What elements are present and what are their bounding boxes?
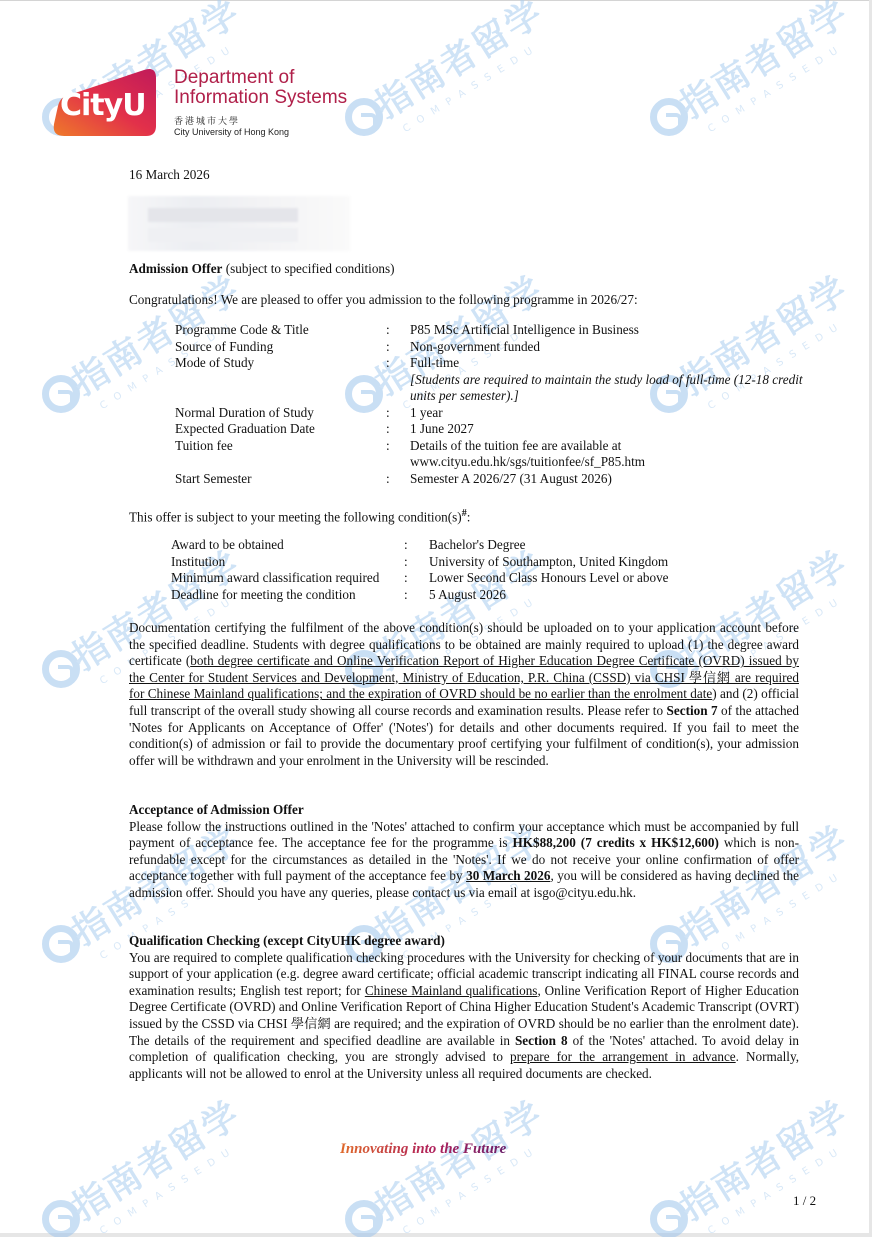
acceptance-fee: HK$88,200 (7 credits x HK$12,600) xyxy=(512,835,718,850)
contact-email-link[interactable]: isgo@cityu.edu.hk xyxy=(533,885,632,900)
programme-value: Full-time[Students are required to maint… xyxy=(410,355,810,405)
programme-details: Programme Code & Title:P85 MSc Artificia… xyxy=(175,322,810,487)
programme-note: [Students are required to maintain the s… xyxy=(410,372,810,405)
condition-label: Award to be obtained xyxy=(171,537,404,554)
programme-label: Programme Code & Title xyxy=(175,322,386,339)
programme-value: 1 June 2027 xyxy=(410,421,810,438)
programme-value-text: Details of the tuition fee are available… xyxy=(410,438,810,455)
university-name-en: City University of Hong Kong xyxy=(174,127,289,137)
conditions-table: Award to be obtained:Bachelor's DegreeIn… xyxy=(171,537,669,603)
condition-value-text: Bachelor's Degree xyxy=(429,537,525,554)
programme-value-text: Semester A 2026/27 (31 August 2026) xyxy=(410,471,810,488)
doc-section-ref: Section 7 xyxy=(667,703,718,718)
programme-label: Normal Duration of Study xyxy=(175,405,386,422)
letter-date: 16 March 2026 xyxy=(129,167,210,184)
separator-colon: : xyxy=(386,471,410,488)
programme-row: Programme Code & Title:P85 MSc Artificia… xyxy=(175,322,810,339)
qual-underlined-2: prepare for the arrangement in advance xyxy=(510,1049,736,1064)
offer-title: Admission Offer (subject to specified co… xyxy=(129,261,395,278)
programme-row: Expected Graduation Date:1 June 2027 xyxy=(175,421,810,438)
condition-label: Institution xyxy=(171,554,404,571)
conditions-intro-text: This offer is subject to your meeting th… xyxy=(129,509,462,524)
watermark-icon xyxy=(42,650,80,688)
tuition-fee-url[interactable]: www.cityu.edu.hk/sgs/tuitionfee/sf_P85.h… xyxy=(410,454,810,471)
watermark-text-cn: 指南者留学 xyxy=(364,1087,552,1231)
separator-colon: : xyxy=(404,554,429,571)
condition-value-text: University of Southampton, United Kingdo… xyxy=(429,554,668,571)
acceptance-deadline: 30 March 2026 xyxy=(466,868,550,883)
programme-value-text: 1 June 2027 xyxy=(410,421,810,438)
condition-row: Institution:University of Southampton, U… xyxy=(171,554,669,571)
condition-value: Bachelor's Degree xyxy=(429,537,525,554)
watermark-icon xyxy=(42,375,80,413)
qualification-section: Qualification Checking (except CityUHK d… xyxy=(129,933,799,1082)
programme-value-text: Non-government funded xyxy=(410,339,810,356)
acceptance-text-4: . xyxy=(633,885,636,900)
programme-row: Mode of Study:Full-time[Students are req… xyxy=(175,355,810,405)
programme-value-text: P85 MSc Artificial Intelligence in Busin… xyxy=(410,322,810,339)
watermark-text-cn: 指南者留学 xyxy=(669,1087,857,1231)
watermark-text-en: COMPASSEDU xyxy=(401,41,542,135)
programme-label: Start Semester xyxy=(175,471,386,488)
separator-colon: : xyxy=(404,537,429,554)
programme-label: Expected Graduation Date xyxy=(175,421,386,438)
programme-row: Source of Funding:Non-government funded xyxy=(175,339,810,356)
watermark-text-cn: 指南者留学 xyxy=(669,0,857,129)
condition-value-text: Lower Second Class Honours Level or abov… xyxy=(429,570,669,587)
watermark-icon xyxy=(42,1200,80,1237)
documentation-paragraph: Documentation certifying the fulfilment … xyxy=(129,620,799,769)
watermark-icon xyxy=(345,98,383,136)
separator-colon: : xyxy=(386,405,410,422)
watermark-text-cn: 指南者留学 xyxy=(364,0,552,129)
watermark-text-cn: 指南者留学 xyxy=(61,1087,249,1231)
programme-value: 1 year xyxy=(410,405,810,422)
logo-text: CityU xyxy=(60,88,146,123)
condition-row: Award to be obtained:Bachelor's Degree xyxy=(171,537,669,554)
programme-value-text: Full-time xyxy=(410,355,810,372)
offer-title-rest: (subject to specified conditions) xyxy=(222,261,394,276)
page-number: 1 / 2 xyxy=(793,1193,816,1209)
watermark-icon xyxy=(650,98,688,136)
qual-section-ref: Section 8 xyxy=(515,1033,568,1048)
separator-colon: : xyxy=(404,570,429,587)
programme-label: Source of Funding xyxy=(175,339,386,356)
conditions-intro-colon: : xyxy=(467,509,471,524)
acceptance-heading: Acceptance of Admission Offer xyxy=(129,802,304,817)
watermark-text-en: COMPASSEDU xyxy=(706,41,847,135)
separator-colon: : xyxy=(386,339,410,356)
programme-row: Normal Duration of Study:1 year xyxy=(175,405,810,422)
condition-row: Deadline for meeting the condition:5 Aug… xyxy=(171,587,669,604)
watermark-icon xyxy=(42,925,80,963)
offer-title-bold: Admission Offer xyxy=(129,261,222,276)
programme-row: Start Semester:Semester A 2026/27 (31 Au… xyxy=(175,471,810,488)
conditions-intro: This offer is subject to your meeting th… xyxy=(129,506,470,526)
programme-row: Tuition fee:Details of the tuition fee a… xyxy=(175,438,810,471)
university-name-cn: 香港城市大學 xyxy=(174,114,240,127)
department-name: Department of Information Systems xyxy=(174,68,347,108)
acceptance-section: Acceptance of Admission Offer Please fol… xyxy=(129,802,799,902)
condition-value: 5 August 2026 xyxy=(429,587,506,604)
programme-value-text: 1 year xyxy=(410,405,810,422)
condition-label: Deadline for meeting the condition xyxy=(171,587,404,604)
condition-value: Lower Second Class Honours Level or abov… xyxy=(429,570,669,587)
programme-value: Details of the tuition fee are available… xyxy=(410,438,810,471)
condition-label: Minimum award classification required xyxy=(171,570,404,587)
watermark-text-en: COMPASSEDU xyxy=(98,1143,239,1237)
programme-label: Tuition fee xyxy=(175,438,386,471)
qualification-heading: Qualification Checking (except CityUHK d… xyxy=(129,933,445,948)
separator-colon: : xyxy=(386,438,410,471)
watermark-icon xyxy=(650,1200,688,1237)
congratulations-text: Congratulations! We are pleased to offer… xyxy=(129,292,638,309)
programme-value: Semester A 2026/27 (31 August 2026) xyxy=(410,471,810,488)
programme-value: Non-government funded xyxy=(410,339,810,356)
separator-colon: : xyxy=(386,421,410,438)
qual-underlined-1: Chinese Mainland qualifications xyxy=(365,983,538,998)
condition-value-text: 5 August 2026 xyxy=(429,587,506,604)
redacted-recipient xyxy=(128,196,350,251)
footer-tagline: Innovating into the Future xyxy=(340,1141,506,1158)
watermark-text-en: COMPASSEDU xyxy=(706,1143,847,1237)
doc-underlined-text: both degree certificate and Online Verif… xyxy=(129,653,799,701)
condition-value: University of Southampton, United Kingdo… xyxy=(429,554,668,571)
separator-colon: : xyxy=(386,355,410,405)
separator-colon: : xyxy=(386,322,410,339)
condition-row: Minimum award classification required:Lo… xyxy=(171,570,669,587)
department-line-2: Information Systems xyxy=(174,88,347,108)
programme-label: Mode of Study xyxy=(175,355,386,405)
watermark-icon xyxy=(345,1200,383,1237)
separator-colon: : xyxy=(404,587,429,604)
department-line-1: Department of xyxy=(174,68,347,88)
page-bottom-border xyxy=(0,1233,872,1237)
page-top-border xyxy=(0,0,872,1)
cityu-logo: CityU xyxy=(52,66,162,138)
programme-value: P85 MSc Artificial Intelligence in Busin… xyxy=(410,322,810,339)
